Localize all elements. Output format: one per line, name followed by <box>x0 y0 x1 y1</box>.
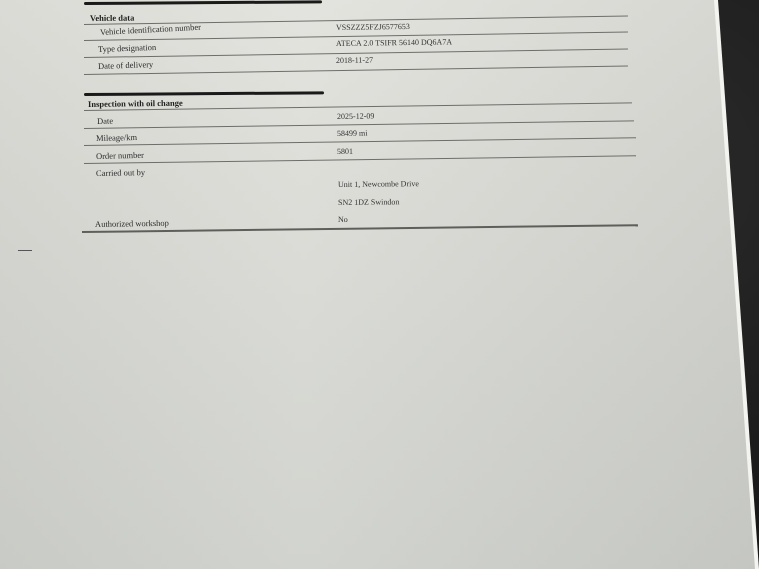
vin-value: VSSZZZ5FZJ6577653 <box>336 22 410 32</box>
mileage-value: 58499 mi <box>337 129 368 138</box>
mileage-label: Mileage/km <box>96 132 137 143</box>
order-number-value: 5801 <box>337 147 353 156</box>
type-designation-value: ATECA 2.0 TSIFR 56140 DQ6A7A <box>336 37 452 48</box>
margin-mark <box>18 250 32 251</box>
delivery-date-value: 2018-11-27 <box>336 55 373 65</box>
order-number-label: Order number <box>96 150 144 161</box>
inspection-heading: Inspection with oil change <box>88 98 183 109</box>
inspection-date-value: 2025-12-09 <box>337 111 374 121</box>
delivery-date-label: Date of delivery <box>98 59 154 71</box>
type-designation-label: Type designation <box>98 42 157 54</box>
workshop-address-line-1: Unit 1, Newcombe Drive <box>338 179 419 189</box>
vehicle-data-heading: Vehicle data <box>90 13 134 23</box>
workshop-address-line-2: SN2 1DZ Swindon <box>338 197 399 207</box>
paper-document <box>0 0 759 569</box>
authorized-workshop-value: No <box>338 215 348 224</box>
inspection-date-label: Date <box>97 116 113 126</box>
carried-out-by-label: Carried out by <box>96 167 145 178</box>
authorized-workshop-label: Authorized workshop <box>95 218 169 229</box>
